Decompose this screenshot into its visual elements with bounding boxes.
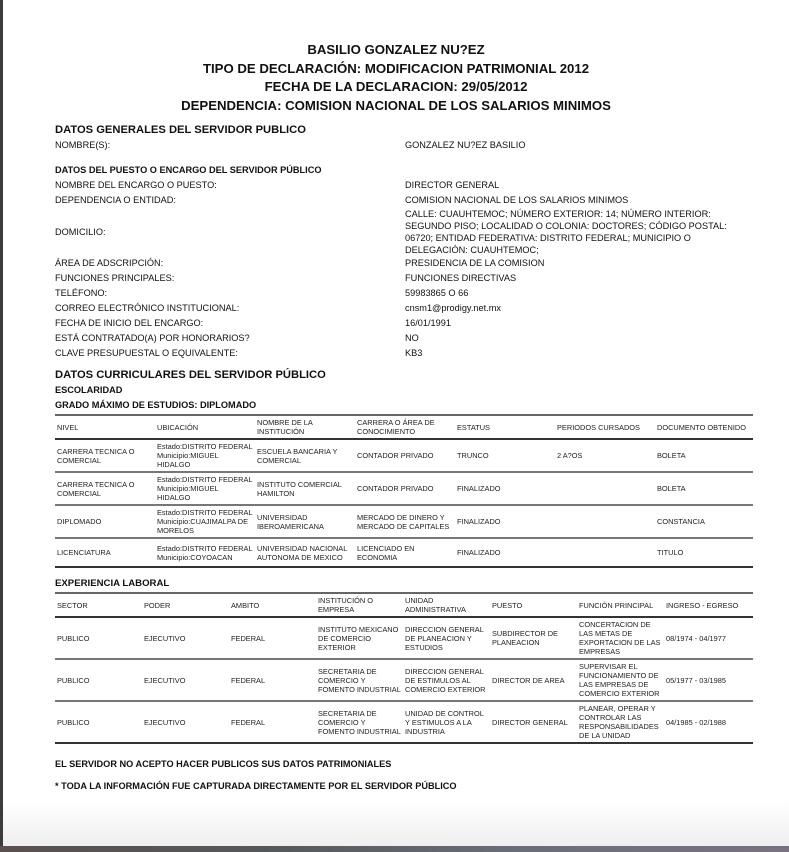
table-row: DIPLOMADOEstado:DISTRITO FEDERAL Municip… [55,505,753,538]
field-value: NO [405,331,755,346]
table-cell: FEDERAL [229,659,316,701]
escolaridad-table: NIVELUBICACIÓNNOMBRE DE LA INSTITUCIÓNCA… [55,414,753,568]
field-value: CALLE: CUAUHTEMOC; NÚMERO EXTERIOR: 14; … [405,208,755,256]
column-header: AMBITO [229,593,316,617]
escolaridad-title: ESCOLARIDAD [55,383,755,398]
table-cell: 04/1985 - 02/1988 [664,701,753,743]
table-cell: DIRECTOR GENERAL [490,701,577,743]
table-header-row: NIVELUBICACIÓNNOMBRE DE LA INSTITUCIÓNCA… [55,415,753,439]
field-value: 16/01/1991 [405,316,755,331]
table-cell: PLANEAR, OPERAR Y CONTROLAR LAS RESPONSA… [577,701,664,743]
table-cell: SECRETARIA DE COMERCIO Y FOMENTO INDUSTR… [316,659,403,701]
field-label: FECHA DE INICIO DEL ENCARGO: [55,316,405,331]
table-row: CARRERA TECNICA O COMERCIALEstado:DISTRI… [55,472,753,505]
field-label: FUNCIONES PRINCIPALES: [55,271,405,286]
table-row: CARRERA TECNICA O COMERCIALEstado:DISTRI… [55,439,753,472]
table-cell: EJECUTIVO [142,617,229,659]
table-cell: UNIVERSIDAD NACIONAL AUTONOMA DE MEXICO [255,538,355,567]
table-cell: 05/1977 - 03/1985 [664,659,753,701]
field-encargo: NOMBRE DEL ENCARGO O PUESTO: DIRECTOR GE… [55,178,755,193]
table-cell: DIPLOMADO [55,505,155,538]
column-header: INSTITUCIÓN O EMPRESA [316,593,403,617]
table-row: PUBLICOEJECUTIVOFEDERALSECRETARIA DE COM… [55,701,753,743]
table-cell: DIRECCION GENERAL DE PLANEACION Y ESTUDI… [403,617,490,659]
field-value: PRESIDENCIA DE LA COMISION [405,256,755,271]
table-cell: EJECUTIVO [142,701,229,743]
document-body: DATOS GENERALES DEL SERVIDOR PUBLICO NOM… [55,123,755,791]
section-title-generales: DATOS GENERALES DEL SERVIDOR PUBLICO [55,123,755,138]
escolaridad-body: CARRERA TECNICA O COMERCIALEstado:DISTRI… [55,439,753,567]
document-page: BASILIO GONZALEZ NU?EZ TIPO DE DECLARACI… [3,0,789,846]
table-cell [555,538,655,567]
table-cell: EJECUTIVO [142,659,229,701]
table-cell: CARRERA TECNICA O COMERCIAL [55,472,155,505]
column-header: PODER [142,593,229,617]
field-nombre: NOMBRE(S): GONZALEZ NU?EZ BASILIO [55,138,755,153]
column-header: NIVEL [55,415,155,439]
field-label: CORREO ELECTRÓNICO INSTITUCIONAL: [55,301,405,316]
table-cell: PUBLICO [55,659,142,701]
table-row: LICENCIATURAEstado:DISTRITO FEDERAL Muni… [55,538,753,567]
table-cell [555,505,655,538]
table-cell: UNIDAD DE CONTROL Y ESTIMULOS A LA INDUS… [403,701,490,743]
field-value: GONZALEZ NU?EZ BASILIO [405,138,755,153]
table-row: PUBLICOEJECUTIVOFEDERALSECRETARIA DE COM… [55,659,753,701]
field-value: DIRECTOR GENERAL [405,178,755,193]
table-header-row: SECTORPODERAMBITOINSTITUCIÓN O EMPRESAUN… [55,593,753,617]
field-funciones: FUNCIONES PRINCIPALES: FUNCIONES DIRECTI… [55,271,755,286]
table-cell: CONTADOR PRIVADO [355,439,455,472]
escolaridad-header: NIVELUBICACIÓNNOMBRE DE LA INSTITUCIÓNCA… [55,415,753,439]
field-label: DEPENDENCIA O ENTIDAD: [55,193,405,208]
column-header: DOCUMENTO OBTENIDO [655,415,753,439]
table-cell: TRUNCO [455,439,555,472]
field-label: NOMBRE DEL ENCARGO O PUESTO: [55,178,405,193]
table-cell: FEDERAL [229,701,316,743]
section-title-puesto: DATOS DEL PUESTO O ENCARGO DEL SERVIDOR … [55,163,755,178]
table-row: PUBLICOEJECUTIVOFEDERALINSTITUTO MEXICAN… [55,617,753,659]
column-header: INGRESO - EGRESO [664,593,753,617]
field-fecha-inicio: FECHA DE INICIO DEL ENCARGO: 16/01/1991 [55,316,755,331]
table-cell: SECRETARIA DE COMERCIO Y FOMENTO INDUSTR… [316,701,403,743]
table-cell: INSTITUTO MEXICANO DE COMERCIO EXTERIOR [316,617,403,659]
table-cell: CONTADOR PRIVADO [355,472,455,505]
field-label: DOMICILIO: [55,225,405,240]
experiencia-header: SECTORPODERAMBITOINSTITUCIÓN O EMPRESAUN… [55,593,753,617]
puesto-fields: NOMBRE DEL ENCARGO O PUESTO: DIRECTOR GE… [55,178,755,361]
field-label: ESTÁ CONTRATADO(A) POR HONORARIOS? [55,331,405,346]
table-cell: PUBLICO [55,701,142,743]
field-label: ÁREA DE ADSCRIPCIÓN: [55,256,405,271]
table-cell: CONSTANCIA [655,505,753,538]
field-domicilio: DOMICILIO: CALLE: CUAUHTEMOC; NÚMERO EXT… [55,208,755,256]
field-value: COMISION NACIONAL DE LOS SALARIOS MINIMO… [405,193,755,208]
field-label: CLAVE PRESUPUESTAL O EQUIVALENTE: [55,346,405,361]
table-cell: MERCADO DE DINERO Y MERCADO DE CAPITALES [355,505,455,538]
table-cell: Estado:DISTRITO FEDERAL Municipio:CUAJIM… [155,505,255,538]
table-cell: SUPERVISAR EL FUNCIONAMIENTO DE LAS EMPR… [577,659,664,701]
field-value: FUNCIONES DIRECTIVAS [405,271,755,286]
document-header: BASILIO GONZALEZ NU?EZ TIPO DE DECLARACI… [3,41,789,115]
column-header: UNIDAD ADMINISTRATIVA [403,593,490,617]
column-header: PERIODOS CURSADOS [555,415,655,439]
patrimoniales-note: EL SERVIDOR NO ACEPTO HACER PUBLICOS SUS… [55,759,755,769]
column-header: NOMBRE DE LA INSTITUCIÓN [255,415,355,439]
table-cell: CONCERTACION DE LAS METAS DE EXPORTACION… [577,617,664,659]
declaration-agency: DEPENDENCIA: COMISION NACIONAL DE LOS SA… [3,97,789,116]
table-cell: FINALIZADO [455,472,555,505]
table-cell: Estado:DISTRITO FEDERAL Municipio:MIGUEL… [155,439,255,472]
table-cell: FINALIZADO [455,538,555,567]
column-header: CARRERA O ÁREA DE CONOCIMIENTO [355,415,455,439]
field-value: KB3 [405,346,755,361]
table-cell: FINALIZADO [455,505,555,538]
field-value: 59983865 O 66 [405,286,755,301]
table-cell: CARRERA TECNICA O COMERCIAL [55,439,155,472]
field-value: cnsm1@prodigy.net.mx [405,301,755,316]
table-cell: 08/1974 - 04/1977 [664,617,753,659]
table-cell: PUBLICO [55,617,142,659]
experiencia-body: PUBLICOEJECUTIVOFEDERALINSTITUTO MEXICAN… [55,617,753,743]
field-correo: CORREO ELECTRÓNICO INSTITUCIONAL: cnsm1@… [55,301,755,316]
experiencia-table: SECTORPODERAMBITOINSTITUCIÓN O EMPRESAUN… [55,592,753,744]
table-cell: Estado:DISTRITO FEDERAL Municipio:MIGUEL… [155,472,255,505]
column-header: UBICACIÓN [155,415,255,439]
table-cell: LICENCIATURA [55,538,155,567]
table-cell: DIRECTOR DE AREA [490,659,577,701]
table-cell: 2 A?OS [555,439,655,472]
experiencia-title: EXPERIENCIA LABORAL [55,576,755,591]
field-honorarios: ESTÁ CONTRATADO(A) POR HONORARIOS? NO [55,331,755,346]
table-cell: DIRECCION GENERAL DE ESTIMULOS AL COMERC… [403,659,490,701]
field-telefono: TELÉFONO: 59983865 O 66 [55,286,755,301]
field-clave: CLAVE PRESUPUESTAL O EQUIVALENTE: KB3 [55,346,755,361]
declarant-name: BASILIO GONZALEZ NU?EZ [3,41,789,60]
section-title-curriculares: DATOS CURRICULARES DEL SERVIDOR PÚBLICO [55,368,755,383]
declaration-date: FECHA DE LA DECLARACION: 29/05/2012 [3,78,789,97]
column-header: ESTATUS [455,415,555,439]
table-cell: Estado:DISTRITO FEDERAL Municipio:COYOAC… [155,538,255,567]
table-cell: FEDERAL [229,617,316,659]
field-label: TELÉFONO: [55,286,405,301]
table-cell: BOLETA [655,439,753,472]
viewer-bottom-bar [0,846,789,852]
column-header: FUNCIÓN PRINCIPAL [577,593,664,617]
table-cell: BOLETA [655,472,753,505]
declaration-type: TIPO DE DECLARACIÓN: MODIFICACION PATRIM… [3,60,789,79]
table-cell: TITULO [655,538,753,567]
table-cell: LICENCIADO EN ECONOMIA [355,538,455,567]
table-cell: UNIVERSIDAD IBEROAMERICANA [255,505,355,538]
field-label: NOMBRE(S): [55,138,405,153]
grado-maximo: GRADO MÁXIMO DE ESTUDIOS: DIPLOMADO [55,398,755,413]
field-dependencia: DEPENDENCIA O ENTIDAD: COMISION NACIONAL… [55,193,755,208]
table-cell: ESCUELA BANCARIA Y COMERCIAL [255,439,355,472]
captura-note: * TODA LA INFORMACIÓN FUE CAPTURADA DIRE… [55,781,755,791]
column-header: SECTOR [55,593,142,617]
table-cell: INSTITUTO COMERCIAL HAMILTON [255,472,355,505]
table-cell [555,472,655,505]
table-cell: SUBDIRECTOR DE PLANEACION [490,617,577,659]
field-area: ÁREA DE ADSCRIPCIÓN: PRESIDENCIA DE LA C… [55,256,755,271]
column-header: PUESTO [490,593,577,617]
